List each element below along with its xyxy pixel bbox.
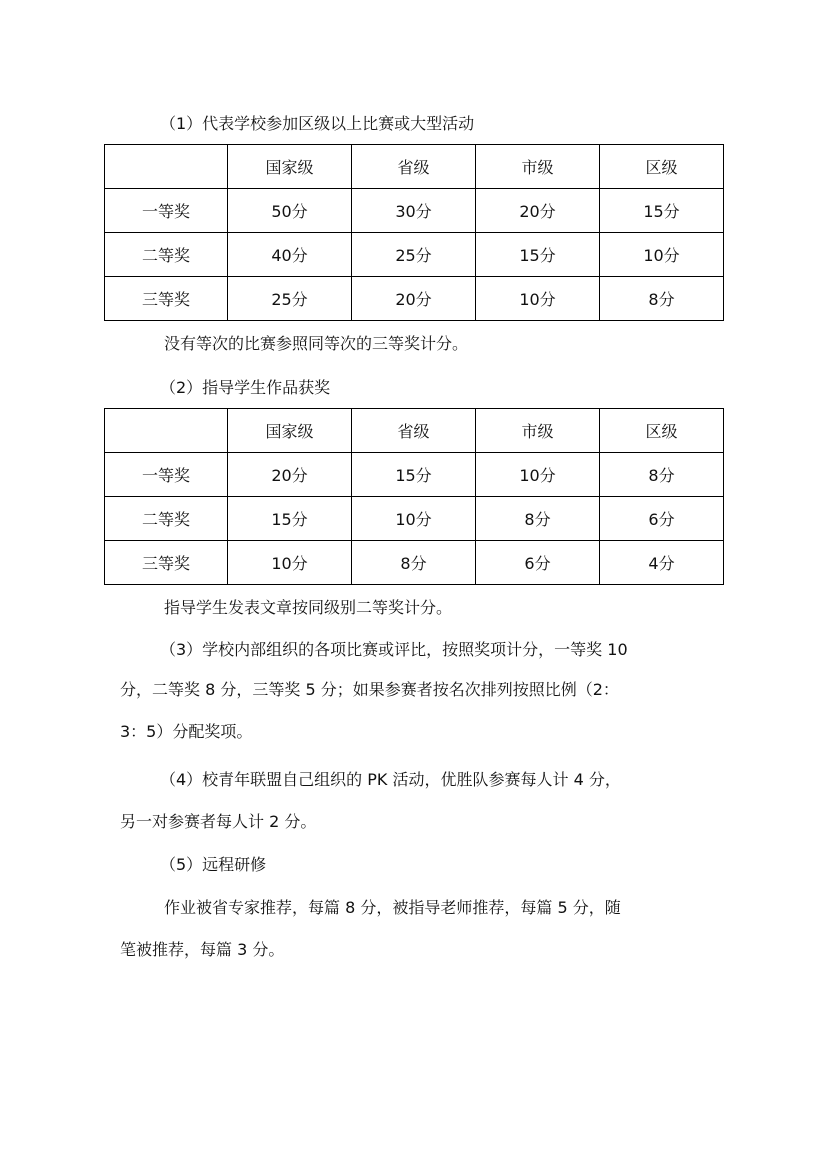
section3-line-1: （3）学校内部组织的各项比赛或评比，按照奖项计分，一等奖 10: [160, 640, 628, 660]
row-label: 一等奖: [105, 453, 228, 497]
header-cell: 区级: [600, 409, 724, 453]
header-cell: 国家级: [228, 145, 352, 189]
table-row: 一等奖 50分 30分 20分 15分: [105, 189, 724, 233]
header-cell: 市级: [476, 409, 600, 453]
table-cell: 25分: [228, 277, 352, 321]
table-cell: 8分: [600, 277, 724, 321]
table-cell: 6分: [600, 497, 724, 541]
section2-heading: （2）指导学生作品获奖: [160, 378, 330, 398]
table-row: 三等奖 10分 8分 6分 4分: [105, 541, 724, 585]
header-cell: [105, 145, 228, 189]
table-cell: 4分: [600, 541, 724, 585]
row-label: 二等奖: [105, 497, 228, 541]
header-cell: [105, 409, 228, 453]
row-label: 二等奖: [105, 233, 228, 277]
row-label: 一等奖: [105, 189, 228, 233]
section5-heading: （5）远程研修: [160, 855, 266, 875]
table-cell: 50分: [228, 189, 352, 233]
table-header-row: 国家级 省级 市级 区级: [105, 145, 724, 189]
table-cell: 8分: [600, 453, 724, 497]
section1-heading: （1）代表学校参加区级以上比赛或大型活动: [160, 114, 474, 134]
table-cell: 15分: [228, 497, 352, 541]
header-cell: 区级: [600, 145, 724, 189]
section3-line-2: 分，二等奖 8 分，三等奖 5 分；如果参赛者按名次排列按照比例（2：: [120, 680, 619, 700]
header-cell: 省级: [352, 145, 476, 189]
header-cell: 国家级: [228, 409, 352, 453]
table-cell: 20分: [476, 189, 600, 233]
table-cell: 10分: [228, 541, 352, 585]
table-row: 三等奖 25分 20分 10分 8分: [105, 277, 724, 321]
section2-note: 指导学生发表文章按同级别二等奖计分。: [164, 598, 452, 618]
table-cell: 10分: [476, 277, 600, 321]
table-cell: 20分: [228, 453, 352, 497]
table-cell: 40分: [228, 233, 352, 277]
section1-note: 没有等次的比赛参照同等次的三等奖计分。: [164, 334, 468, 354]
table-cell: 6分: [476, 541, 600, 585]
table-cell: 8分: [352, 541, 476, 585]
table-cell: 15分: [476, 233, 600, 277]
table-cell: 30分: [352, 189, 476, 233]
table-cell: 10分: [476, 453, 600, 497]
table-cell: 8分: [476, 497, 600, 541]
score-table-2: 国家级 省级 市级 区级 一等奖 20分 15分 10分 8分 二等奖 15分 …: [104, 408, 724, 585]
section3-line-3: 3：5）分配奖项。: [120, 722, 252, 742]
section4-line-2: 另一对参赛者每人计 2 分。: [120, 812, 316, 832]
section5-line-1: 作业被省专家推荐，每篇 8 分，被指导老师推荐，每篇 5 分，随: [164, 898, 621, 918]
table-row: 一等奖 20分 15分 10分 8分: [105, 453, 724, 497]
table-cell: 25分: [352, 233, 476, 277]
row-label: 三等奖: [105, 277, 228, 321]
score-table-1: 国家级 省级 市级 区级 一等奖 50分 30分 20分 15分 二等奖 40分…: [104, 144, 724, 321]
row-label: 三等奖: [105, 541, 228, 585]
header-cell: 省级: [352, 409, 476, 453]
section4-line-1: （4）校青年联盟自己组织的 PK 活动，优胜队参赛每人计 4 分，: [160, 770, 621, 790]
table-row: 二等奖 15分 10分 8分 6分: [105, 497, 724, 541]
header-cell: 市级: [476, 145, 600, 189]
table-header-row: 国家级 省级 市级 区级: [105, 409, 724, 453]
table-cell: 15分: [352, 453, 476, 497]
table-cell: 20分: [352, 277, 476, 321]
section5-line-2: 笔被推荐，每篇 3 分。: [120, 940, 284, 960]
table-cell: 15分: [600, 189, 724, 233]
table-cell: 10分: [352, 497, 476, 541]
table-row: 二等奖 40分 25分 15分 10分: [105, 233, 724, 277]
table-cell: 10分: [600, 233, 724, 277]
